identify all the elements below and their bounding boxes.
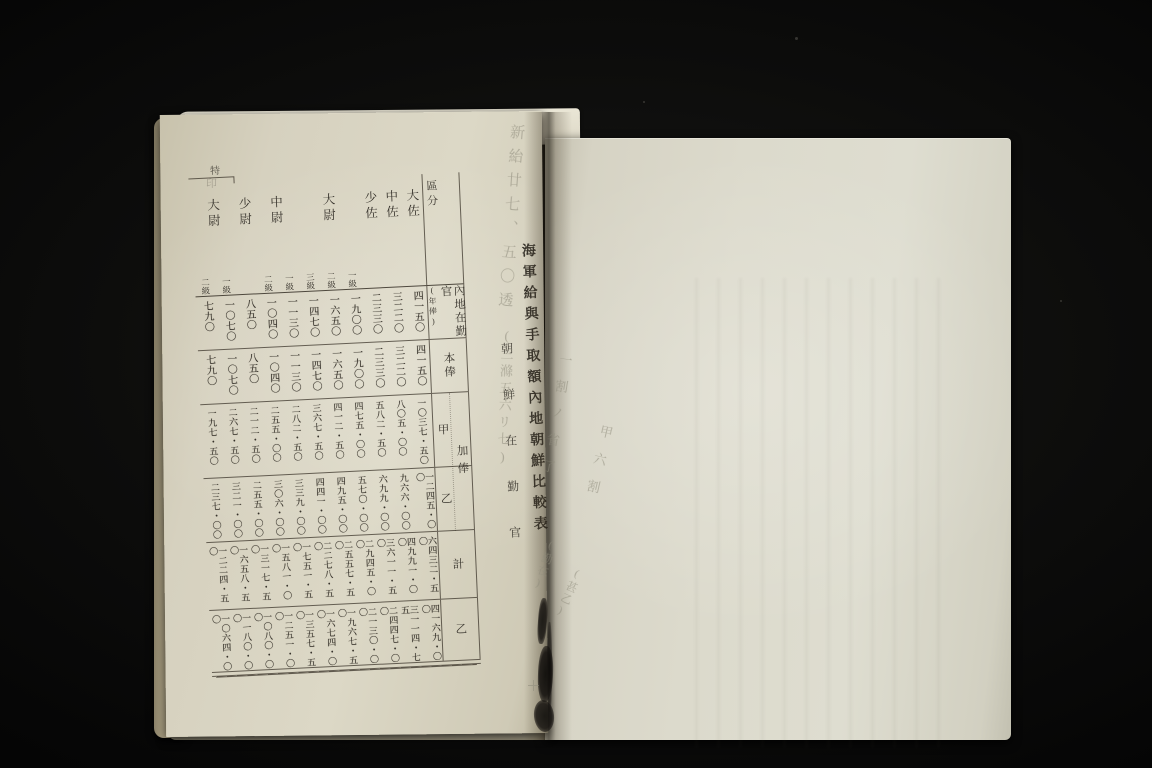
rank-group: 大尉一級二級特 — [191, 183, 238, 296]
pay-cell: 三二二〇 — [387, 341, 410, 395]
rank-group: 大尉一級二級三級 — [296, 177, 364, 291]
pay-cell: 三二二〇 — [384, 287, 407, 341]
rank-label: 中佐 — [379, 175, 403, 253]
pay-cell: 一六七四・〇〇 — [314, 605, 338, 667]
grade-row: 一級二級 — [257, 257, 300, 293]
pay-cell: 六九九・〇〇 — [371, 470, 395, 534]
grade-cell — [405, 284, 426, 285]
pay-cell: 一四七〇 — [300, 291, 323, 345]
pay-cell: 七九〇 — [196, 296, 219, 350]
pay-cell: 一〇七〇 — [219, 349, 242, 403]
pay-cell: 四九九一・〇〇 — [395, 533, 419, 601]
pay-cell: 三〇六・〇〇 — [266, 475, 290, 539]
row-label-cell: 本俸 — [429, 338, 469, 393]
right-page-blank — [545, 138, 1011, 740]
pay-cell: 八五〇 — [238, 294, 261, 348]
pay-cell: 一二五一・〇〇 — [272, 607, 296, 669]
rank-label: 少尉 — [233, 182, 257, 260]
row-label: 內地在勤官(年俸) — [426, 284, 466, 340]
pay-cell: 一〇四〇 — [261, 347, 284, 401]
rank-label: 中尉 — [254, 180, 299, 259]
grade-cell: 一級 — [216, 276, 238, 294]
grade-row — [383, 252, 405, 287]
pay-cell: 一〇四〇 — [259, 293, 282, 347]
grade-cell: 二級 — [258, 274, 280, 292]
table-grid: 區分大佐中佐少佐大尉一級二級三級中尉一級二級少尉大尉一級二級特內地在勤官(年俸)… — [191, 172, 481, 677]
pay-cell: 九六六・〇〇 — [392, 469, 416, 533]
pay-cell: 一六五〇 — [321, 290, 344, 344]
pay-cell: 一二二四・五〇 — [206, 542, 230, 610]
table-row-band: 乙四一六九・〇〇三一一四・七五二四四七・〇〇二一三〇・〇〇一九六七・五〇一六七四… — [209, 598, 480, 673]
pay-cell: 一九〇〇 — [342, 289, 365, 343]
grade-row: 一級二級 — [194, 260, 237, 296]
pay-cell: 一〇八〇・〇〇 — [251, 608, 275, 670]
pay-cell: 八五〇 — [240, 348, 263, 402]
pay-cell: 一九六七・五〇 — [335, 604, 359, 666]
grade-cell — [384, 285, 405, 286]
pay-cell: 一三五七・五〇 — [293, 606, 317, 668]
table-row-band: 乙一二四五・〇〇九六六・〇〇六九九・〇〇五七〇・〇〇四九五・〇〇四四一・〇〇三三… — [204, 466, 475, 543]
row-label-cell: 內地在勤官(年俸) — [426, 284, 466, 339]
show-through-texture — [695, 278, 955, 748]
grade-cell: 二級 — [321, 271, 343, 289]
grade-cell — [237, 292, 258, 293]
grade-cell — [363, 286, 384, 287]
pay-cell: 五七〇・〇〇 — [350, 471, 374, 535]
rank-header-band: 區分大佐中佐少佐大尉一級二級三級中尉一級二級少尉大尉一級二級特 — [191, 172, 465, 297]
pay-cell: 四九五・〇〇 — [329, 472, 353, 536]
dust-speck — [795, 37, 798, 40]
table-row-band: 甲一〇三七・五〇八〇五・〇〇五八二・五〇四七五・〇〇四一二・五〇三六七・五〇二八… — [200, 392, 472, 479]
ink-smudge — [547, 622, 552, 712]
pay-cell: 二三七・〇〇 — [204, 478, 228, 542]
pay-cell: 三三九・〇〇 — [287, 474, 311, 538]
grade-row — [362, 253, 384, 288]
pay-cell: 一五八一・〇〇 — [269, 539, 293, 607]
tokumu-bracket: 特 — [188, 161, 239, 183]
rank-label: 大尉 — [296, 177, 362, 257]
pay-cell: 一二四五・〇〇 — [413, 468, 437, 532]
pay-cell: 二三三〇 — [366, 342, 389, 396]
pay-cell: 三六一一・五〇 — [374, 534, 398, 602]
pay-cell: 四一五〇 — [408, 340, 431, 394]
pay-cell: 一六五八・五〇 — [227, 541, 251, 609]
row-label-cell: 乙 — [440, 598, 481, 661]
pay-cell: 四四一・〇〇 — [308, 473, 332, 537]
grade-cell: 二級 — [195, 277, 217, 295]
pay-cell: 一四七〇 — [303, 345, 326, 399]
grade-cell: 一級 — [342, 270, 364, 288]
pay-cell: 三二一・〇〇 — [224, 477, 248, 541]
rank-label: 少佐 — [358, 176, 382, 254]
grade-row — [236, 259, 258, 294]
pay-cell: 一三一七・五〇 — [248, 540, 272, 608]
pay-cell: 七九〇 — [198, 350, 221, 404]
row-label-cell: 計 — [437, 530, 478, 599]
pay-cell: 二一三〇・〇〇 — [356, 603, 380, 665]
photo-of-document: { "document": { "title": "海軍給與手取額內地朝鮮比較表… — [0, 0, 1152, 768]
pay-cell: 四一五〇 — [405, 286, 428, 340]
grade-row — [404, 251, 426, 286]
pay-cell: 二九四五・〇〇 — [353, 535, 377, 603]
pay-cell: 一九〇〇 — [345, 343, 368, 397]
dust-speck — [1060, 300, 1062, 302]
grade-cell: 一級 — [279, 273, 301, 291]
pay-cell: 一一八〇・〇〇 — [230, 609, 254, 671]
pay-cell: 一一三〇 — [282, 346, 305, 400]
grade-cell: 三級 — [300, 272, 322, 290]
rank-label: 大佐 — [400, 174, 424, 252]
pay-cell: 六四三二・五〇 — [416, 532, 440, 600]
pay-cell: 二五五七・五〇 — [332, 536, 356, 604]
pay-cell: 二二七八・五〇 — [311, 537, 335, 605]
rank-label: 大尉 — [191, 183, 236, 262]
pay-cell: 一一三〇 — [279, 292, 302, 346]
pay-cell: 一〇七〇 — [217, 295, 240, 349]
corner-cell: 區分 — [421, 172, 464, 285]
pay-cell: 一六五〇 — [324, 344, 347, 398]
pencil-cross-mark — [528, 680, 539, 691]
left-page: 印 區分大佐中佐少佐大尉一級二級三級中尉一級二級少尉大尉一級二級特內地在勤官(年… — [160, 111, 548, 737]
pay-cell: 四一六九・〇〇 — [419, 600, 443, 662]
pay-cell: 二三三〇 — [363, 288, 386, 342]
pay-cell: 二五五・〇〇 — [245, 476, 269, 540]
pay-cell: 一〇六四・〇〇 — [209, 610, 233, 672]
pay-cell: 三一一四・七五 — [398, 601, 422, 663]
pay-cell: 一七五一・五〇 — [290, 538, 314, 606]
rank-group: 中尉一級二級 — [254, 180, 301, 293]
grade-row: 一級二級三級 — [299, 254, 363, 291]
dust-speck — [643, 101, 645, 103]
pay-cell: 二四四七・〇〇 — [377, 602, 401, 664]
row-group-kaho: 甲一〇三七・五〇八〇五・〇〇五八二・五〇四七五・〇〇四一二・五〇三六七・五〇二八… — [200, 392, 475, 543]
